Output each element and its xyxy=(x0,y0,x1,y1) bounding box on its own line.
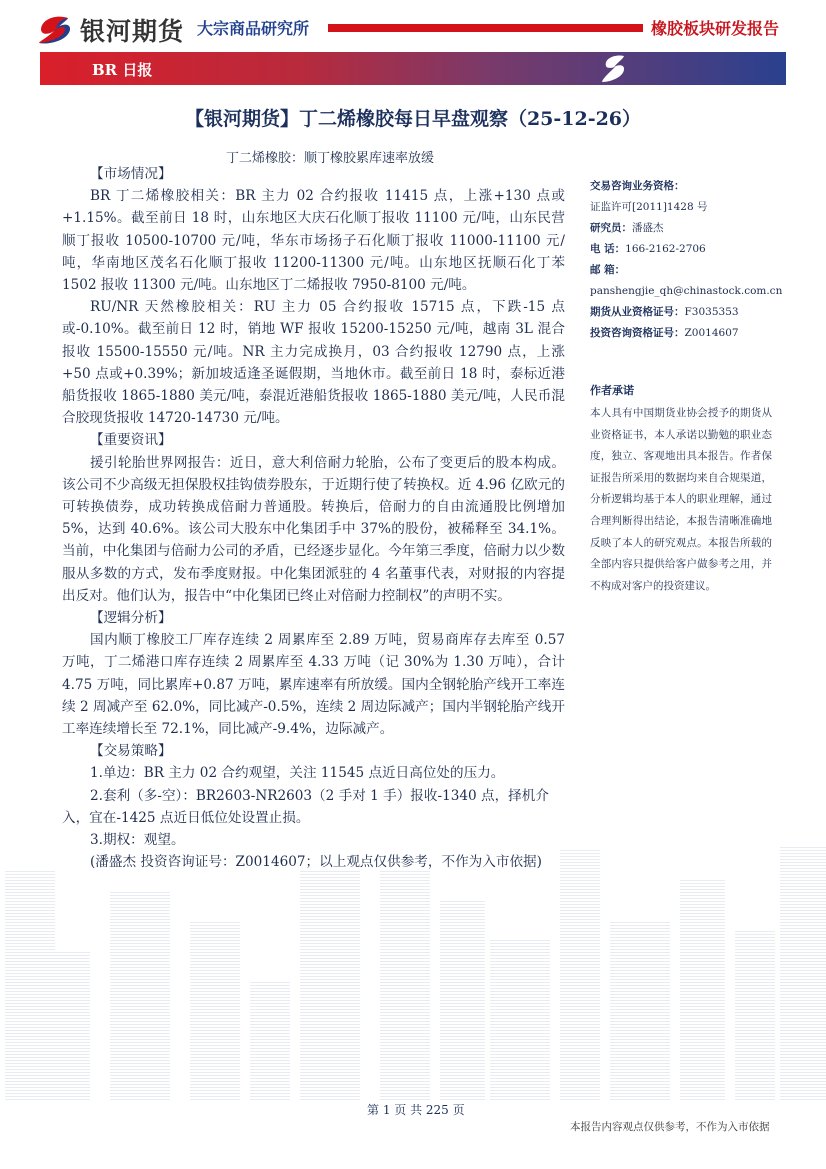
report-type: 橡胶板块研发报告 xyxy=(651,16,779,39)
paragraph-logic: 国内顺丁橡胶工厂库存连续 2 周累库至 2.89 万吨，贸易商库存去库至 0.5… xyxy=(62,629,565,740)
paragraph-news: 援引轮胎世界网报告：近日，意大利倍耐力轮胎，公布了变更后的股本构成。该公司不少高… xyxy=(62,452,565,607)
author-pledge-title: 作者承诺 xyxy=(590,380,790,401)
section-heading-logic: 【逻辑分析】 xyxy=(62,607,565,629)
analyst-sidebar: 交易咨询业务资格： 证监许可[2011]1428 号 研究员：潘盛杰 电 话：1… xyxy=(590,176,790,597)
futures-cert-label: 期货从业资格证号： xyxy=(590,306,685,318)
banner-label: BR 日报 xyxy=(92,59,152,80)
galaxy-logo-icon xyxy=(38,15,72,45)
analyst-signature: (潘盛杰 投资咨询证号：Z0014607；以上观点仅供参考，不作为入市依据) xyxy=(62,851,565,873)
strategy-arbitrage: 2.套利（多-空）：BR2603-NR2603（2 手对 1 手）报收-1340… xyxy=(62,785,565,807)
header-divider xyxy=(328,24,643,32)
brand-name: 银河期货 xyxy=(80,12,184,48)
email-link[interactable]: panshengjie_qh@chinastock.com.cn xyxy=(590,281,790,302)
email-label: 邮 箱： xyxy=(590,264,625,276)
report-title: 【银河期货】丁二烯橡胶每日早盘观察（25-12-26） xyxy=(0,104,826,131)
advisory-cert-value: Z0014607 xyxy=(685,327,739,339)
qualification-label: 交易咨询业务资格： xyxy=(590,180,685,192)
brand-logo: 银河期货 xyxy=(38,12,184,48)
advisory-cert-label: 投资咨询资格证号： xyxy=(590,327,685,339)
footer-disclaimer: 本报告内容观点仅供参考，不作为入市依据 xyxy=(570,1119,770,1134)
paragraph-ru-nr: RU/NR 天然橡胶相关：RU 主力 05 合约报收 15715 点，下跌-15… xyxy=(62,296,565,429)
phone-label: 电 话： xyxy=(590,243,625,255)
page-number: 第 1 页 共 225 页 xyxy=(367,1101,465,1118)
qualification-value: 证监许可[2011]1428 号 xyxy=(590,197,790,218)
futures-cert-value: F3035353 xyxy=(685,306,739,318)
strategy-arbitrage-cont: 入，宜在-1425 点近日低位处设置止损。 xyxy=(62,807,565,829)
skyline-watermark xyxy=(0,835,826,1100)
section-heading-strategy: 【交易策略】 xyxy=(62,740,565,762)
analyst-name: 潘盛杰 xyxy=(632,222,664,234)
institute-name: 大宗商品研究所 xyxy=(197,16,309,39)
report-banner: BR 日报 xyxy=(40,52,786,85)
section-heading-news: 【重要资讯】 xyxy=(62,429,565,451)
strategy-single-side: 1.单边：BR 主力 02 合约观望，关注 11545 点近日高位处的压力。 xyxy=(62,762,565,784)
phone-value: 166-2162-2706 xyxy=(625,243,706,255)
strategy-options: 3.期权：观望。 xyxy=(62,829,565,851)
main-content: 【市场情况】 BR 丁二烯橡胶相关：BR 主力 02 合约报收 11415 点，… xyxy=(62,163,565,874)
s-swoosh-icon xyxy=(600,54,628,84)
author-pledge-body: 本人具有中国期货业协会授予的期货从业资格证书，本人承诺以勤勉的职业态度，独立、客… xyxy=(590,403,772,597)
analyst-label: 研究员： xyxy=(590,222,632,234)
section-heading-market: 【市场情况】 xyxy=(62,163,565,185)
paragraph-br: BR 丁二烯橡胶相关：BR 主力 02 合约报收 11415 点，上涨+130 … xyxy=(62,185,565,296)
